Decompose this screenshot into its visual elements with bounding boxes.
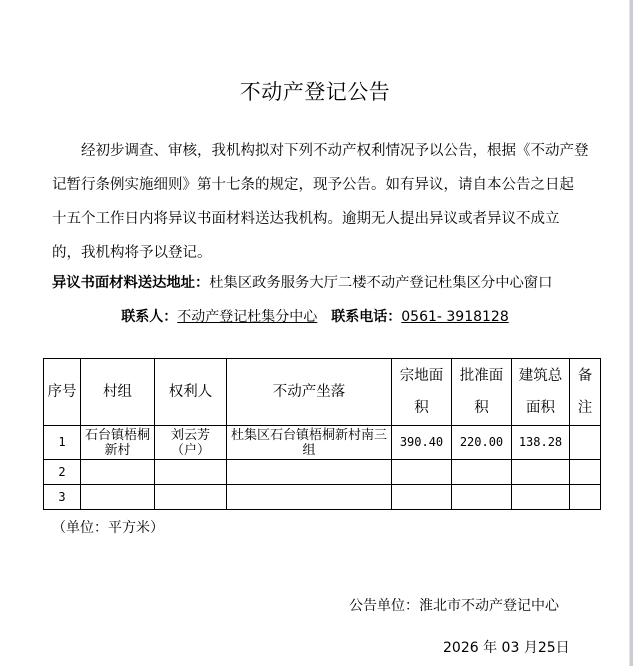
body-line: 记暂行条例实施细则》第十七条的规定，现予公告。如有异议，请自本公告之日起 <box>52 168 562 202</box>
header-seq: 序号 <box>44 359 81 426</box>
objection-address-label: 异议书面材料送达地址： <box>52 275 209 291</box>
body-line: 经初步调查、审核，我机构拟对下列不动产权利情况予以公告，根据《不动产登 <box>52 134 562 168</box>
table-row: 3 <box>44 485 601 510</box>
table-row: 2 <box>44 460 601 485</box>
cell-land-area <box>392 460 452 485</box>
date-year-suffix: 年 <box>483 640 497 656</box>
header-approved-area: 批准面积 <box>452 359 512 426</box>
body-line: 十五个工作日内将异议书面材料送达我机构。逾期无人提出异议或者异议不成立 <box>52 202 562 236</box>
cell-land-area <box>392 485 452 510</box>
date-day-suffix: 日 <box>556 640 570 656</box>
registration-table: 序号 村组 权利人 不动产坐落 宗地面积 批准面积 建筑总面积 备注 1 石台镇… <box>43 358 601 510</box>
cell-owner <box>155 460 227 485</box>
document-page: 不动产登记公告 经初步调查、审核，我机构拟对下列不动产权利情况予以公告，根据《不… <box>0 0 630 666</box>
cell-location <box>227 485 392 510</box>
header-land-area: 宗地面积 <box>392 359 452 426</box>
vertical-scrollbar[interactable] <box>629 0 633 666</box>
date-month: 03 <box>502 640 520 656</box>
issue-date: 2026 年 03 月25日 <box>443 637 570 657</box>
objection-address: 异议书面材料送达地址：杜集区政务服务大厅二楼不动产登记杜集区分中心窗口 <box>52 272 552 292</box>
contact-phone-value: 0561- 3918128 <box>401 309 508 325</box>
body-paragraph: 经初步调查、审核，我机构拟对下列不动产权利情况予以公告，根据《不动产登 记暂行条… <box>52 134 562 270</box>
header-remarks: 备注 <box>570 359 601 426</box>
cell-building-area: 138.28 <box>512 426 570 460</box>
table-row: 1 石台镇梧桐新村 刘云芳（户） 杜集区石台镇梧桐新村南三组 390.40 22… <box>44 426 601 460</box>
page-title: 不动产登记公告 <box>0 76 630 106</box>
cell-village <box>81 460 155 485</box>
cell-remarks <box>570 485 601 510</box>
header-building-area: 建筑总面积 <box>512 359 570 426</box>
cell-village: 石台镇梧桐新村 <box>81 426 155 460</box>
cell-seq: 3 <box>44 485 81 510</box>
date-day: 25 <box>538 640 556 656</box>
cell-building-area <box>512 485 570 510</box>
date-month-suffix: 月 <box>524 640 538 656</box>
cell-approved-area: 220.00 <box>452 426 512 460</box>
contact-person-label: 联系人： <box>121 309 177 325</box>
date-year: 2026 <box>443 640 479 656</box>
cell-village <box>81 485 155 510</box>
table-header-row: 序号 村组 权利人 不动产坐落 宗地面积 批准面积 建筑总面积 备注 <box>44 359 601 426</box>
cell-approved-area <box>452 485 512 510</box>
header-village: 村组 <box>81 359 155 426</box>
unit-note: （单位：平方米） <box>52 517 164 537</box>
objection-address-value: 杜集区政务服务大厅二楼不动产登记杜集区分中心窗口 <box>209 275 552 291</box>
cell-remarks <box>570 460 601 485</box>
cell-seq: 2 <box>44 460 81 485</box>
cell-location <box>227 460 392 485</box>
cell-remarks <box>570 426 601 460</box>
issuer: 公告单位：淮北市不动产登记中心 <box>349 595 559 615</box>
cell-location: 杜集区石台镇梧桐新村南三组 <box>227 426 392 460</box>
contact-line: 联系人：不动产登记杜集分中心联系电话：0561- 3918128 <box>0 306 630 326</box>
header-location: 不动产坐落 <box>227 359 392 426</box>
cell-owner: 刘云芳（户） <box>155 426 227 460</box>
header-owner: 权利人 <box>155 359 227 426</box>
cell-land-area: 390.40 <box>392 426 452 460</box>
cell-building-area <box>512 460 570 485</box>
body-line: 的，我机构将予以登记。 <box>52 236 562 270</box>
cell-approved-area <box>452 460 512 485</box>
cell-seq: 1 <box>44 426 81 460</box>
cell-owner <box>155 485 227 510</box>
contact-person-value: 不动产登记杜集分中心 <box>177 309 317 325</box>
contact-phone-label: 联系电话： <box>331 309 401 325</box>
